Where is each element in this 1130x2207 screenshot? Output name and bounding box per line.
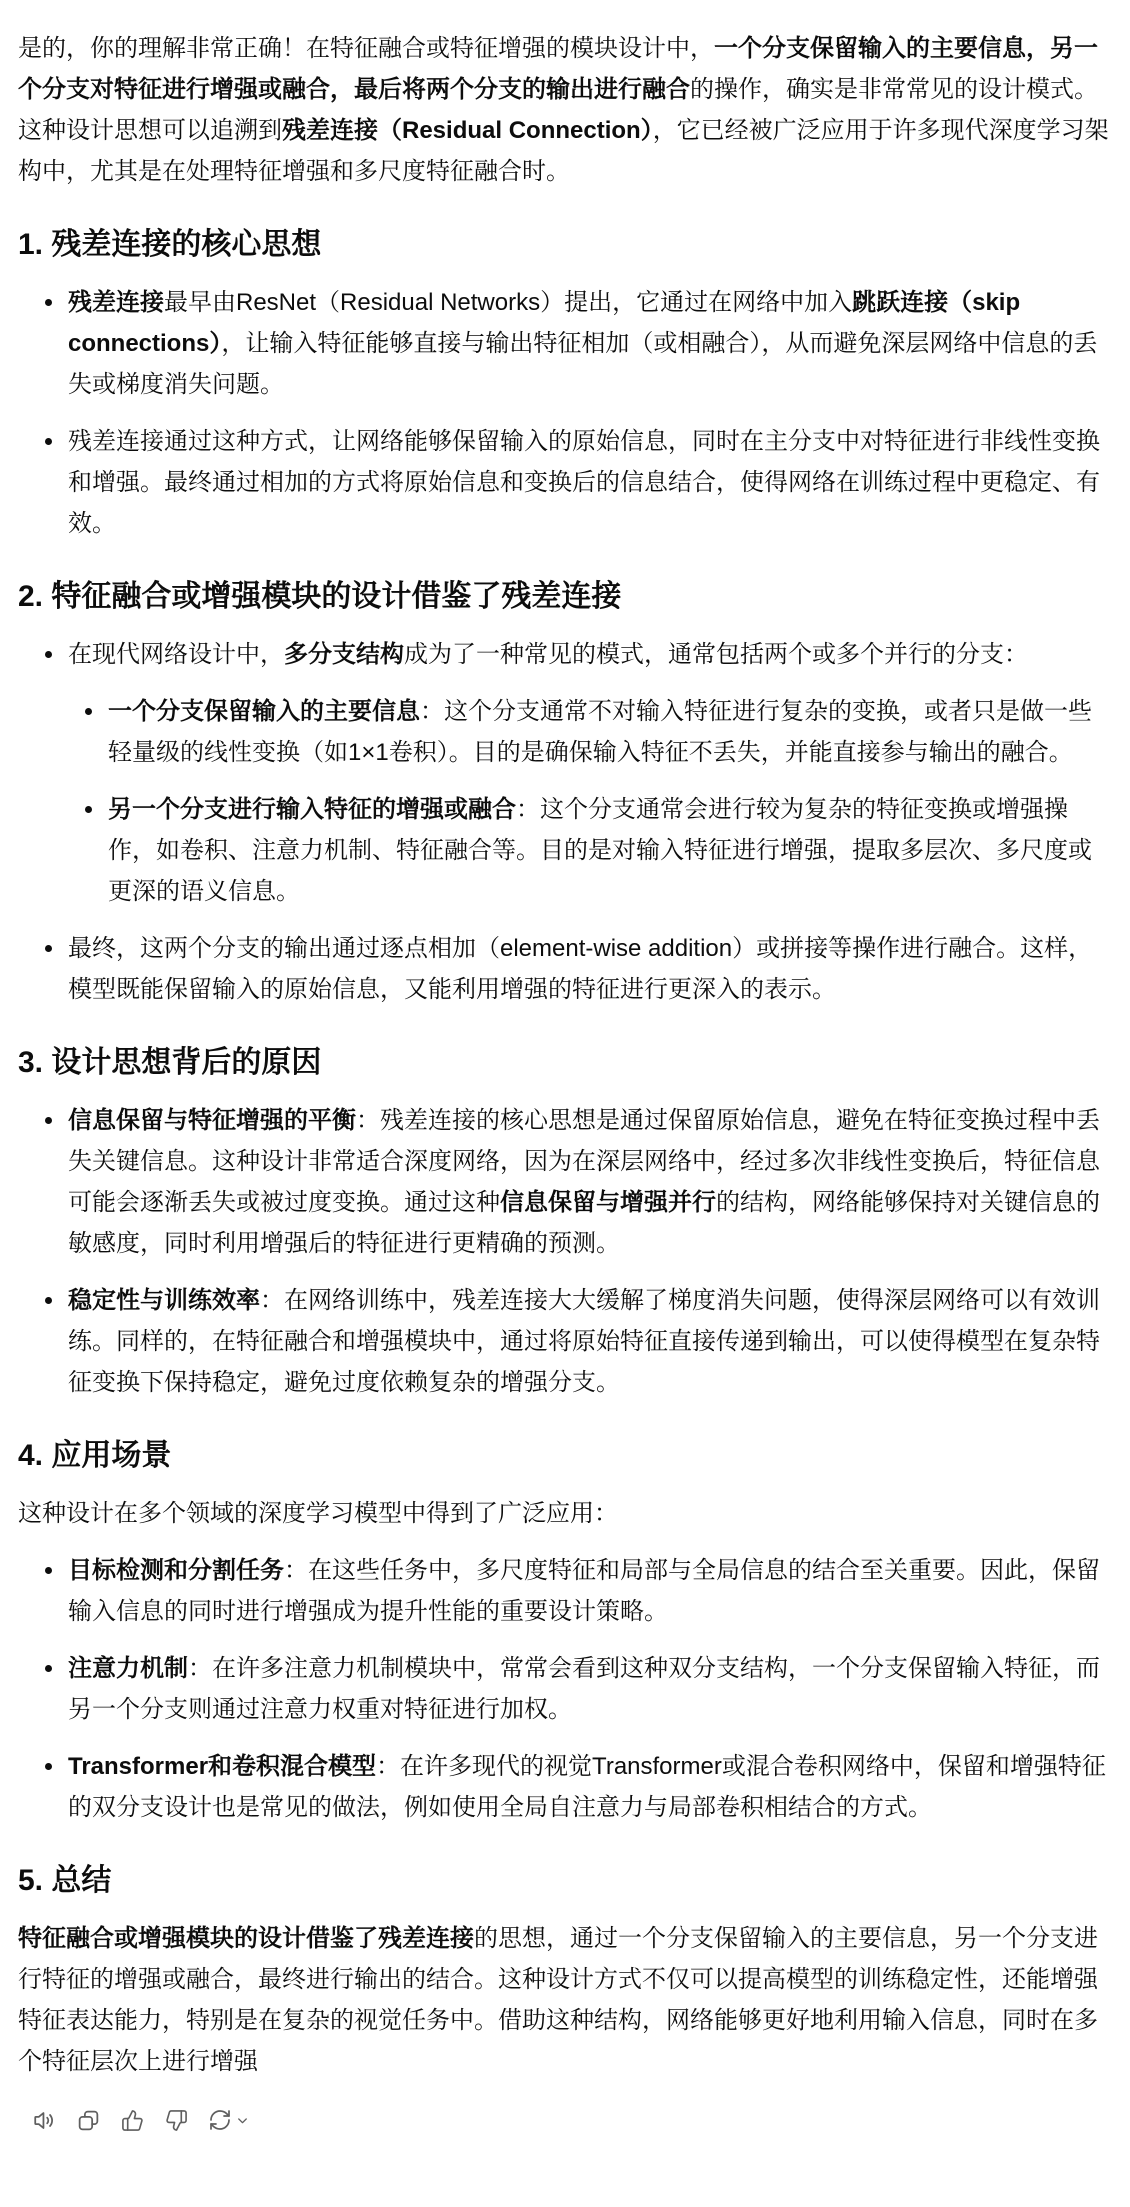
bullet-list: 残差连接最早由ResNet（Residual Networks）提出，它通过在网… bbox=[18, 282, 1112, 544]
bold-text: 注意力机制 bbox=[68, 1655, 188, 1682]
text-segment: 残差连接通过这种方式，让网络能够保留输入的原始信息，同时在主分支中对特征进行非线… bbox=[68, 428, 1100, 537]
text-segment: ，让输入特征能够直接与输出特征相加（或相融合），从而避免深层网络中信息的丢失或梯… bbox=[68, 330, 1097, 398]
speaker-icon bbox=[32, 2108, 57, 2133]
section-heading: 4. 应用场景 bbox=[18, 1437, 1112, 1475]
section-heading: 5. 总结 bbox=[18, 1862, 1112, 1900]
list-item: 另一个分支进行输入特征的增强或融合：这个分支通常会进行较为复杂的特征变换或增强操… bbox=[108, 789, 1112, 912]
thumbs-down-button[interactable] bbox=[154, 2098, 198, 2142]
list-item: 一个分支保留输入的主要信息：这个分支通常不对输入特征进行复杂的变换，或者只是做一… bbox=[108, 691, 1112, 773]
text-segment: 成为了一种常见的模式，通常包括两个或多个并行的分支： bbox=[404, 641, 1028, 668]
list-item: 残差连接最早由ResNet（Residual Networks）提出，它通过在网… bbox=[68, 282, 1112, 405]
list-item: 在现代网络设计中，多分支结构成为了一种常见的模式，通常包括两个或多个并行的分支：… bbox=[68, 634, 1112, 912]
section-heading: 2. 特征融合或增强模块的设计借鉴了残差连接 bbox=[18, 578, 1112, 616]
chevron-down-icon bbox=[235, 2113, 250, 2128]
message-action-bar bbox=[0, 2098, 1130, 2142]
list-item: 信息保留与特征增强的平衡：残差连接的核心思想是通过保留原始信息，避免在特征变换过… bbox=[68, 1100, 1112, 1264]
bold-text: 目标检测和分割任务 bbox=[68, 1557, 284, 1584]
list-item: 目标检测和分割任务：在这些任务中，多尺度特征和局部与全局信息的结合至关重要。因此… bbox=[68, 1550, 1112, 1632]
list-item: 最终，这两个分支的输出通过逐点相加（element-wise addition）… bbox=[68, 928, 1112, 1010]
list-item: Transformer和卷积混合模型：在许多现代的视觉Transformer或混… bbox=[68, 1746, 1112, 1828]
bold-text: 残差连接 bbox=[68, 289, 164, 316]
bold-text: Transformer和卷积混合模型 bbox=[68, 1753, 376, 1780]
regenerate-icon bbox=[208, 2108, 232, 2132]
copy-button[interactable] bbox=[66, 2098, 110, 2142]
thumbs-up-icon bbox=[121, 2109, 144, 2132]
assistant-message: 是的，你的理解非常正确！在特征融合或特征增强的模块设计中，一个分支保留输入的主要… bbox=[0, 0, 1130, 2142]
text-segment: 是的，你的理解非常正确！在特征融合或特征增强的模块设计中， bbox=[18, 35, 714, 62]
read-aloud-button[interactable] bbox=[22, 2098, 66, 2142]
bold-text: 稳定性与训练效率 bbox=[68, 1287, 260, 1314]
bold-text: 残差连接（Residual Connection） bbox=[282, 117, 653, 144]
message-content: 是的，你的理解非常正确！在特征融合或特征增强的模块设计中，一个分支保留输入的主要… bbox=[0, 0, 1130, 2082]
paragraph: 特征融合或增强模块的设计借鉴了残差连接的思想，通过一个分支保留输入的主要信息，另… bbox=[18, 1918, 1112, 2082]
bold-text: 另一个分支进行输入特征的增强或融合 bbox=[108, 796, 516, 823]
bullet-list: 信息保留与特征增强的平衡：残差连接的核心思想是通过保留原始信息，避免在特征变换过… bbox=[18, 1100, 1112, 1403]
list-item: 稳定性与训练效率：在网络训练中，残差连接大大缓解了梯度消失问题，使得深层网络可以… bbox=[68, 1280, 1112, 1403]
bold-text: 信息保留与特征增强的平衡 bbox=[68, 1107, 356, 1134]
section-heading: 1. 残差连接的核心思想 bbox=[18, 226, 1112, 264]
bold-text: 信息保留与增强并行 bbox=[500, 1189, 716, 1216]
section-heading: 3. 设计思想背后的原因 bbox=[18, 1044, 1112, 1082]
bold-text: 特征融合或增强模块的设计借鉴了残差连接 bbox=[18, 1925, 474, 1952]
bold-text: 多分支结构 bbox=[284, 641, 404, 668]
list-item: 残差连接通过这种方式，让网络能够保留输入的原始信息，同时在主分支中对特征进行非线… bbox=[68, 421, 1112, 544]
paragraph: 是的，你的理解非常正确！在特征融合或特征增强的模块设计中，一个分支保留输入的主要… bbox=[18, 28, 1112, 192]
text-segment: ：在许多注意力机制模块中，常常会看到这种双分支结构，一个分支保留输入特征，而另一… bbox=[68, 1655, 1100, 1723]
text-segment: 最早由ResNet（Residual Networks）提出，它通过在网络中加入 bbox=[164, 289, 852, 316]
copy-icon bbox=[76, 2108, 101, 2133]
text-segment: 在现代网络设计中， bbox=[68, 641, 284, 668]
text-segment: 最终，这两个分支的输出通过逐点相加（element-wise addition）… bbox=[68, 935, 1092, 1003]
bullet-list: 一个分支保留输入的主要信息：这个分支通常不对输入特征进行复杂的变换，或者只是做一… bbox=[68, 691, 1112, 912]
list-item: 注意力机制：在许多注意力机制模块中，常常会看到这种双分支结构，一个分支保留输入特… bbox=[68, 1648, 1112, 1730]
bullet-list: 在现代网络设计中，多分支结构成为了一种常见的模式，通常包括两个或多个并行的分支：… bbox=[18, 634, 1112, 1010]
regenerate-button[interactable] bbox=[198, 2098, 258, 2142]
text-segment: 这种设计在多个领域的深度学习模型中得到了广泛应用： bbox=[18, 1500, 618, 1527]
thumbs-down-icon bbox=[165, 2109, 188, 2132]
thumbs-up-button[interactable] bbox=[110, 2098, 154, 2142]
paragraph: 这种设计在多个领域的深度学习模型中得到了广泛应用： bbox=[18, 1493, 1112, 1534]
bold-text: 一个分支保留输入的主要信息 bbox=[108, 698, 420, 725]
bullet-list: 目标检测和分割任务：在这些任务中，多尺度特征和局部与全局信息的结合至关重要。因此… bbox=[18, 1550, 1112, 1828]
